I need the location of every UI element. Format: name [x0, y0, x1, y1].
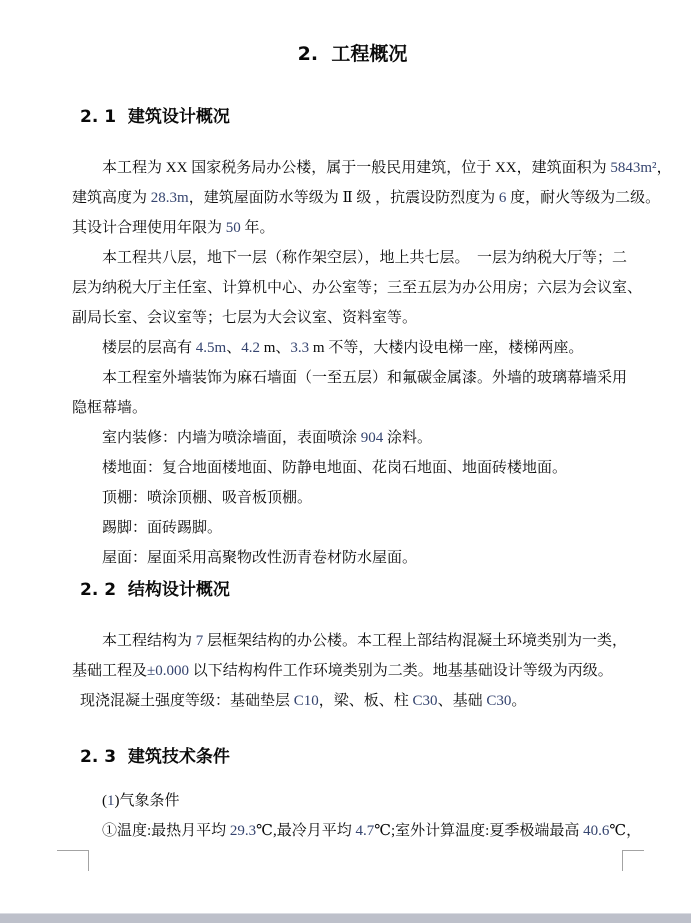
- page-title: 2. 工程概况: [72, 42, 633, 66]
- text-line: 现浇混凝土强度等级：基础垫层 C10，梁、板、柱 C30、基础 C30。: [72, 686, 633, 716]
- margin-crop-mark-left: [57, 850, 89, 871]
- text-line: 顶棚：喷涂顶棚、吸音板顶棚。: [72, 483, 633, 513]
- section-heading-2-1: 2. 1 建筑设计概况: [80, 106, 633, 128]
- paragraph: 踢脚：面砖踢脚。: [72, 513, 633, 543]
- paragraph: ①温度:最热月平均 29.3℃,最冷月平均 4.7℃;室外计算温度:夏季极端最高…: [72, 816, 633, 846]
- text-line: 本工程为 XX 国家税务局办公楼，属于一般民用建筑，位于 XX，建筑面积为 58…: [72, 153, 633, 183]
- text-line: 屋面：屋面采用高聚物改性沥青卷材防水屋面。: [72, 543, 633, 573]
- paragraph: 楼地面：复合地面楼地面、防静电地面、花岗石地面、地面砖楼地面。: [72, 453, 633, 483]
- horizontal-scrollbar[interactable]: [0, 913, 691, 923]
- section-heading-2-3: 2. 3 建筑技术条件: [80, 746, 633, 768]
- document-page: 2. 工程概况 2. 1 建筑设计概况 本工程为 XX 国家税务局办公楼，属于一…: [0, 0, 691, 923]
- text-line: ①温度:最热月平均 29.3℃,最冷月平均 4.7℃;室外计算温度:夏季极端最高…: [72, 816, 633, 846]
- text-line: 本工程共八层，地下一层（称作架空层），地上共七层。 一层为纳税大厅等；二: [72, 243, 633, 273]
- paragraph: 本工程室外墙装饰为麻石墙面（一至五层）和氟碳金属漆。外墙的玻璃幕墙采用 隐框幕墙…: [72, 363, 633, 423]
- paragraph: 顶棚：喷涂顶棚、吸音板顶棚。: [72, 483, 633, 513]
- margin-crop-mark-right: [622, 850, 644, 871]
- section-heading-2-2: 2. 2 结构设计概况: [80, 579, 633, 601]
- text-line: 室内装修：内墙为喷涂墙面，表面喷涂 904 涂料。: [72, 423, 633, 453]
- paragraph: 现浇混凝土强度等级：基础垫层 C10，梁、板、柱 C30、基础 C30。: [72, 686, 633, 716]
- text-line: 本工程室外墙装饰为麻石墙面（一至五层）和氟碳金属漆。外墙的玻璃幕墙采用: [72, 363, 633, 393]
- text-line: 建筑高度为 28.3m，建筑屋面防水等级为 Ⅱ 级 ，抗震设防烈度为 6 度，耐…: [72, 183, 633, 213]
- text-line: 基础工程及±0.000 以下结构构件工作环境类别为二类。地基基础设计等级为丙级。: [72, 656, 633, 686]
- text-line: (1)气象条件: [72, 786, 633, 816]
- text-line: 其设计合理使用年限为 50 年。: [72, 213, 633, 243]
- text-line: 副局长室、会议室等；七层为大会议室、资料室等。: [72, 303, 633, 333]
- paragraph: 室内装修：内墙为喷涂墙面，表面喷涂 904 涂料。: [72, 423, 633, 453]
- text-line: 楼层的层高有 4.5m、4.2 m、3.3 m 不等，大楼内设电梯一座，楼梯两座…: [72, 333, 633, 363]
- text-line: 层为纳税大厅主任室、计算机中心、办公室等；三至五层为办公用房；六层为会议室、: [72, 273, 633, 303]
- text-body: 2. 工程概况 2. 1 建筑设计概况 本工程为 XX 国家税务局办公楼，属于一…: [0, 42, 691, 846]
- paragraph: 楼层的层高有 4.5m、4.2 m、3.3 m 不等，大楼内设电梯一座，楼梯两座…: [72, 333, 633, 363]
- paragraph: (1)气象条件: [72, 786, 633, 816]
- text-line: 踢脚：面砖踢脚。: [72, 513, 633, 543]
- text-line: 本工程结构为 7 层框架结构的办公楼。本工程上部结构混凝土环境类别为一类，: [72, 626, 633, 656]
- paragraph: 屋面：屋面采用高聚物改性沥青卷材防水屋面。: [72, 543, 633, 573]
- paragraph: 本工程为 XX 国家税务局办公楼，属于一般民用建筑，位于 XX，建筑面积为 58…: [72, 153, 633, 243]
- text-line: 楼地面：复合地面楼地面、防静电地面、花岗石地面、地面砖楼地面。: [72, 453, 633, 483]
- paragraph: 本工程结构为 7 层框架结构的办公楼。本工程上部结构混凝土环境类别为一类， 基础…: [72, 626, 633, 686]
- paragraph: 本工程共八层，地下一层（称作架空层），地上共七层。 一层为纳税大厅等；二 层为纳…: [72, 243, 633, 333]
- text-line: 隐框幕墙。: [72, 393, 633, 423]
